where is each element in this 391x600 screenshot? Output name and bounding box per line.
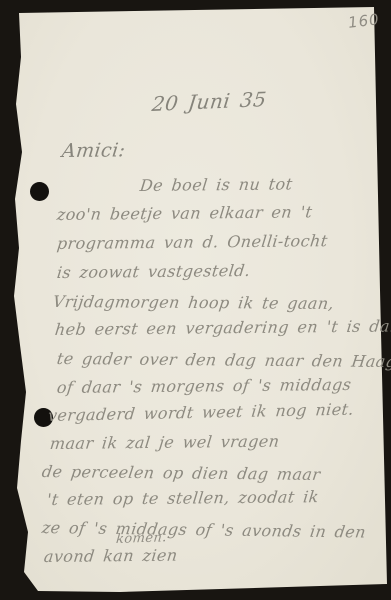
inserted-word-above-line: komen. <box>115 530 167 547</box>
handwritten-line: 't eten op te stellen, zoodat ik <box>46 487 320 509</box>
handwritten-line: de perceelen op dien dag maar <box>41 462 322 484</box>
scan-background: 160 20 Juni 35 Amici: De boel is nu tot … <box>0 0 391 600</box>
handwritten-line: De boel is nu tot <box>139 174 294 195</box>
letter-date: 20 Juni 35 <box>151 87 268 116</box>
handwritten-line: programma van d. Onelli-tocht <box>56 231 329 253</box>
handwritten-line: is zoowat vastgesteld. <box>56 261 252 282</box>
handwritten-line: of daar 's morgens of 's middags <box>56 375 353 397</box>
handwritten-line: heb eerst een vergadering en 't is dan <box>54 316 391 339</box>
handwritten-line: avond kan zien <box>43 546 179 566</box>
handwritten-line: Vrijdagmorgen hoop ik te gaan, <box>52 292 336 313</box>
archive-page-number: 160 <box>347 10 381 32</box>
handwritten-line: zoo'n beetje van elkaar en 't <box>56 202 313 224</box>
punch-hole-top <box>30 182 49 201</box>
handwritten-line: te gader over den dag naar den Haag <box>56 349 391 371</box>
handwritten-line: maar ik zal je wel vragen <box>49 432 281 453</box>
letter-salutation: Amici: <box>61 139 127 162</box>
